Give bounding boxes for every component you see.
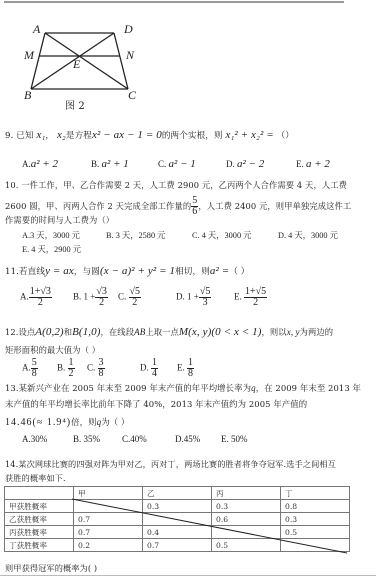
q10-option-b[interactable]: B. 3 天，2580 元 — [106, 229, 165, 241]
q13-line-1: 13.某新兴产业在 2005 年末至 2009 年末产值的年平均增长率为q，在 … — [5, 383, 361, 394]
table-row: 乙获胜概率 0.7 0.6 0.3 — [5, 513, 350, 526]
q9-option-a[interactable]: A.a² + 2 — [22, 158, 58, 170]
q9-text-b: 是方程 — [66, 131, 92, 141]
q12-xy: x, y — [287, 327, 300, 337]
q9-option-b[interactable]: B. a² + 1 — [91, 158, 129, 170]
option-prefix: 1 + — [84, 292, 96, 302]
q9-equation: x² − ax − 1 = 0 — [92, 129, 162, 141]
q11-option-b[interactable]: B. 1 +√32 — [73, 287, 108, 308]
option-label: D. — [226, 159, 235, 169]
table-cell: 0.4 — [143, 526, 212, 539]
table-row-label: 乙获胜概率 — [5, 513, 74, 526]
table-cell: 0.3 — [212, 500, 281, 513]
option-value: 4 天，3000 元 — [288, 231, 338, 240]
q9-answer-blank: （） — [277, 131, 294, 141]
option-label: D. — [175, 434, 184, 444]
option-label: C. — [87, 363, 95, 373]
q12-segment: AB — [134, 327, 145, 337]
option-label: A. — [22, 159, 31, 169]
q12-stem: 12.设点A(0,2)和B(1,0)，在线段AB上取一点M(x, y)(0 < … — [5, 327, 333, 338]
table-header-cell: 丙 — [212, 487, 281, 500]
frac-denominator: 2 — [69, 369, 74, 379]
frac-denominator: 6 — [192, 207, 197, 217]
q9-number: 9. — [5, 131, 13, 141]
point-label-d: D — [124, 22, 133, 37]
frac-denominator: 8 — [188, 369, 193, 379]
q13-option-e[interactable]: E. 50% — [221, 434, 248, 444]
option-label: C. — [158, 159, 166, 169]
q10-option-e[interactable]: E. 4 天，2900 元 — [22, 243, 81, 255]
table-header-cell: 乙 — [143, 487, 212, 500]
option-fraction: √53 — [199, 287, 212, 308]
q10-line-3: 作需要的时间与人工费为（） — [5, 215, 114, 226]
point-label-c: C — [128, 88, 136, 103]
table-row-label: 甲获胜概率 — [5, 500, 74, 513]
option-label: E. — [296, 159, 304, 169]
option-label: A. — [20, 292, 29, 302]
q9-text: 已知 — [16, 131, 33, 141]
q12-text-d: ，则以 — [262, 327, 287, 337]
table-cell — [74, 500, 143, 513]
table-cell: 0.3 — [143, 500, 212, 513]
option-label: B. — [73, 292, 81, 302]
frac-denominator: 8 — [32, 369, 37, 379]
option-fraction: 58 — [31, 358, 38, 379]
option-value: 4 天，2900 元 — [31, 245, 81, 254]
option-fraction: 1+√52 — [244, 287, 267, 308]
q12-point-m: M(x, y)(0 < x < 1) — [179, 326, 262, 338]
table-cell: 0.7 — [74, 513, 143, 526]
option-label: E. — [234, 292, 242, 302]
q13-option-a[interactable]: A.30% — [22, 434, 47, 444]
frac-denominator: 2 — [132, 298, 137, 308]
table-header-cell: 丁 — [281, 487, 350, 500]
q11-option-d[interactable]: D. 1 +√53 — [176, 287, 211, 308]
q12-option-e[interactable]: E. 18 — [177, 358, 194, 379]
option-value: 40% — [130, 434, 147, 444]
option-value: 35% — [84, 434, 101, 444]
q11-text-a: 若直线 — [19, 267, 45, 277]
figure-caption: 图 2 — [65, 101, 85, 112]
q13-text-b: ，在 2009 年末至 2013 年 — [256, 383, 361, 393]
option-label: E. — [22, 245, 29, 254]
option-prefix: 1 + — [187, 292, 199, 302]
option-value: 4 天，3000 元 — [202, 231, 252, 240]
q12-text-e: 为两边的 — [300, 327, 334, 337]
q11-answer-blank: （ ） — [229, 267, 249, 277]
table-cell — [212, 526, 281, 539]
q11-line-equation: y = ax — [45, 265, 74, 277]
q10-line-2: 2600 圆，甲、丙两人合作 2 天完成全部工作量的56，人工费 2400 元，… — [5, 196, 351, 217]
point-label-b: B — [24, 88, 31, 103]
option-label: E. — [221, 434, 229, 444]
q12-text-a: 设点 — [19, 327, 36, 337]
q11-number: 11. — [5, 267, 19, 277]
bottom-rule — [0, 575, 376, 576]
q9-text-c: 的两个实根，则 — [162, 131, 223, 141]
option-value: 3 天，3000 元 — [30, 231, 80, 240]
q11-circle-equation: (x − a)² + y² = 1 — [100, 265, 175, 277]
table-corner-cell — [5, 487, 74, 500]
option-fraction: 12 — [68, 358, 75, 379]
option-value: a² + 2 — [31, 158, 58, 170]
q14-question: 则甲获得冠军的概率为( ) — [5, 563, 97, 574]
q11-text-c: 相切，则 — [175, 267, 210, 277]
q12-point-a: A(0,2) — [35, 326, 63, 338]
q10-option-d[interactable]: D. 4 天，3000 元 — [278, 229, 338, 241]
q13-line-2: 末产值的年平均增长率比前年下降了 40%，2013 年末产值约为 2005 年产… — [5, 399, 307, 410]
q9-option-d[interactable]: D. a² − 2 — [226, 158, 264, 170]
q13-value: 14.46(≈ 1.9⁴) — [5, 417, 71, 428]
option-label: A. — [22, 363, 31, 373]
option-value: 50% — [231, 434, 248, 444]
table-cell: 0.7 — [143, 539, 212, 552]
q9-x2: x₂ — [57, 129, 66, 141]
frac-denominator: 2 — [38, 298, 43, 308]
q13-text-a: 13.某新兴产业在 2005 年末至 2009 年末产值的年平均增长率为 — [5, 383, 251, 393]
q9-expression: x₁² + x₂² = — [226, 129, 274, 141]
option-label: D. — [176, 292, 185, 302]
table-cell: 0.5 — [281, 526, 350, 539]
q12-option-b[interactable]: B. 12 — [57, 358, 75, 379]
q10-option-c[interactable]: C. 4 天，3000 元 — [192, 229, 251, 241]
table-header-row: 甲 乙 丙 丁 — [5, 487, 350, 500]
q9-stem: 9. 已知 x₁， x₂是方程x² − ax − 1 = 0的两个实根，则 x₁… — [5, 130, 294, 142]
q13-option-c[interactable]: C.40% — [122, 434, 147, 444]
option-fraction: 1+√32 — [29, 287, 52, 308]
option-fraction: √32 — [95, 287, 108, 308]
q10-text-a: 2600 圆，甲、丙两人合作 2 天完成全部工作量的 — [5, 201, 191, 211]
table-cell: 0.7 — [74, 526, 143, 539]
option-label: E. — [177, 363, 185, 373]
q12-line-2: 矩形面积的最大值为（ ） — [5, 345, 100, 356]
option-label: C. — [192, 231, 200, 240]
q12-option-d[interactable]: D. 14 — [140, 358, 158, 379]
q13-text-c: 倍，则 — [71, 417, 96, 427]
option-fraction: 38 — [98, 358, 105, 379]
option-label: A. — [22, 434, 31, 444]
q12-number: 12. — [5, 327, 19, 337]
option-value: a² − 2 — [237, 158, 264, 170]
point-label-e: E — [73, 57, 80, 72]
q9-sep: ， — [45, 131, 54, 141]
option-value: 3 天，2580 元 — [116, 231, 166, 240]
table-cell — [281, 539, 350, 552]
table-header-cell: 甲 — [74, 487, 143, 500]
q9-option-c[interactable]: C. a² − 1 — [158, 158, 196, 170]
q12-text-b: ，在线段 — [101, 327, 135, 337]
option-label: D. — [140, 363, 149, 373]
q13-line-3: 14.46(≈ 1.9⁴)倍，则q为（ ） — [5, 417, 129, 428]
q14-line-2: 获胜的概率如下. — [5, 473, 66, 484]
table-row: 丙获胜概率 0.7 0.4 0.5 — [5, 526, 350, 539]
frac-denominator: 3 — [203, 298, 208, 308]
table-cell — [143, 513, 212, 526]
q10-option-a[interactable]: A.3 天，3000 元 — [22, 229, 80, 241]
option-label: B. — [57, 363, 65, 373]
probability-table: 甲 乙 丙 丁 甲获胜概率 0.3 0.3 0.8 乙获胜概率 0.7 0.6 … — [4, 486, 350, 552]
q12-text-c: 上取一点 — [145, 327, 179, 337]
option-value: a² + 1 — [102, 158, 129, 170]
table-cell: 0.6 — [212, 513, 281, 526]
q13-answer-blank: 为（ ） — [101, 417, 129, 427]
frac-denominator: 8 — [99, 369, 104, 379]
q11-option-e[interactable]: E. 1+√52 — [234, 287, 267, 308]
option-fraction: 18 — [187, 358, 194, 379]
table-row-label: 丁获胜概率 — [5, 539, 74, 552]
point-label-n: N — [126, 48, 134, 63]
option-label: D. — [278, 231, 286, 240]
option-label: B. — [73, 434, 81, 444]
frac-denominator: 4 — [152, 369, 157, 379]
q9-option-e[interactable]: E. a + 2 — [296, 158, 330, 170]
q12-and: 和 — [64, 327, 72, 337]
q14-line-1: 14.某次网球比赛的四强对阵为甲对乙，丙对丁，两场比赛的胜者将争夺冠军.选手之间… — [5, 459, 336, 470]
frac-denominator: 2 — [253, 298, 258, 308]
option-label: C. — [118, 292, 126, 302]
table-cell: 0.5 — [212, 539, 281, 552]
option-label: B. — [91, 159, 99, 169]
option-fraction: 14 — [151, 358, 158, 379]
q11-text-b: ，与圆 — [74, 267, 100, 277]
table-cell: 0.3 — [281, 513, 350, 526]
option-value: a + 2 — [306, 158, 330, 170]
frac-denominator: 2 — [99, 298, 104, 308]
q10-line-1: 10. 一件工作，甲、乙合作需要 2 天，人工费 2900 元，乙丙两个人合作需… — [5, 180, 347, 191]
table-row: 丁获胜概率 0.2 0.7 0.5 — [5, 539, 350, 552]
point-label-m: M — [24, 48, 34, 63]
table-row: 甲获胜概率 0.3 0.3 0.8 — [5, 500, 350, 513]
q11-option-c[interactable]: C. √52 — [118, 287, 141, 308]
option-label: B. — [106, 231, 114, 240]
q11-expression: a² = — [210, 265, 229, 277]
table-row-label: 丙获胜概率 — [5, 526, 74, 539]
q12-option-a[interactable]: A.58 — [22, 358, 38, 379]
option-value: 45% — [184, 434, 201, 444]
option-value: a² − 1 — [169, 158, 196, 170]
q11-stem: 11.若直线y = ax，与圆(x − a)² + y² = 1相切，则a² =… — [5, 266, 250, 278]
option-label: A. — [22, 231, 30, 240]
q13-option-b[interactable]: B. 35% — [73, 434, 100, 444]
q11-option-a[interactable]: A.1+√32 — [20, 287, 52, 308]
q13-option-d[interactable]: D.45% — [175, 434, 200, 444]
q12-option-c[interactable]: C. 38 — [87, 358, 105, 379]
q10-text-b: ，人工费 2400 元，则甲单独完成这件工 — [198, 201, 351, 211]
table-cell: 0.8 — [281, 500, 350, 513]
table-cell: 0.2 — [74, 539, 143, 552]
point-label-a: A — [33, 22, 40, 37]
q12-point-b: B(1,0) — [72, 326, 100, 338]
option-fraction: √52 — [129, 287, 142, 308]
option-value: 30% — [31, 434, 48, 444]
